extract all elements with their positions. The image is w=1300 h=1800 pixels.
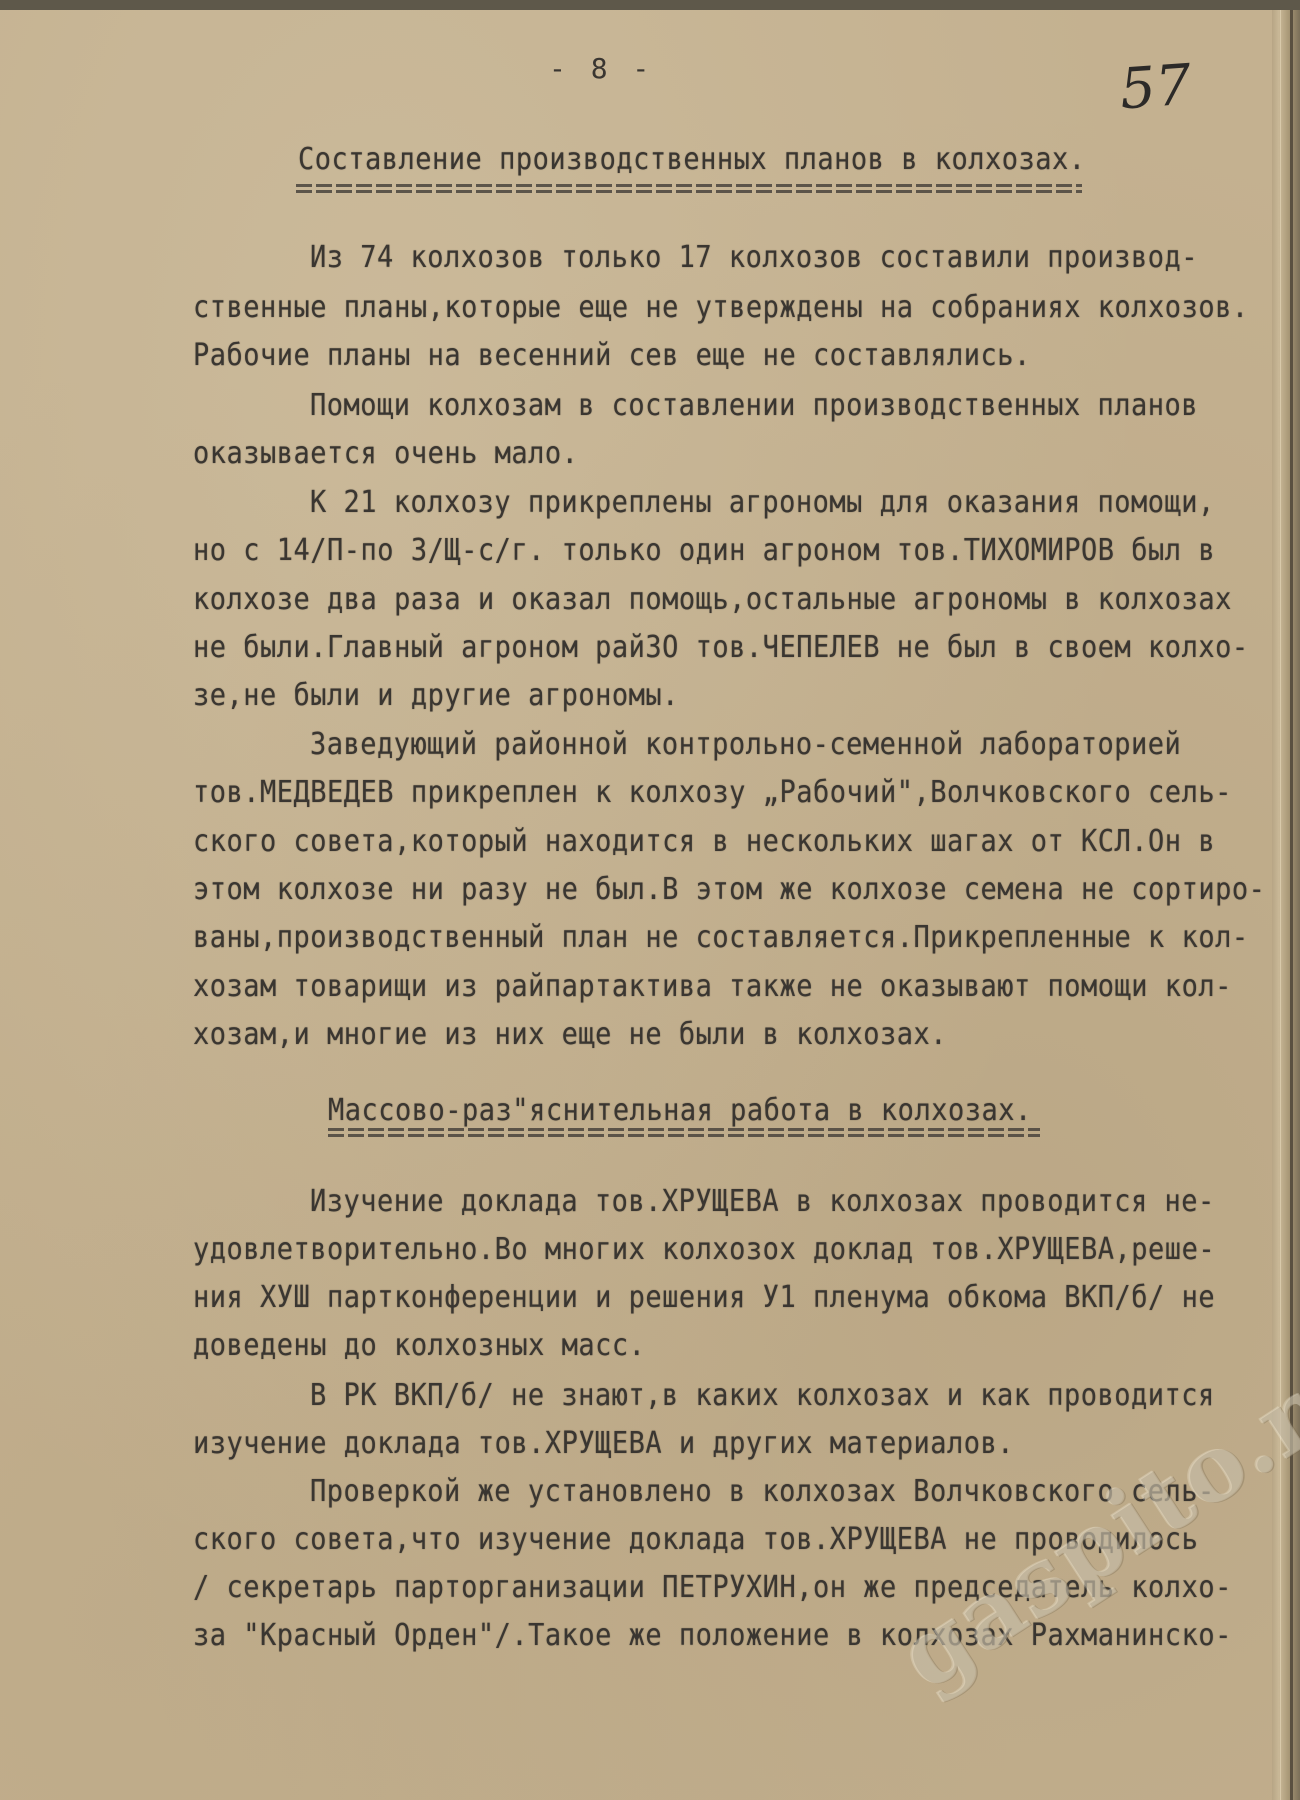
text-line: ния ХУШ партконференции и решения У1 пле… — [193, 1280, 1215, 1315]
page-edge-line — [1280, 10, 1281, 1800]
text-line: Изучение доклада тов.ХРУЩЕВА в колхозах … — [310, 1184, 1215, 1219]
text-line: колхозе два раза и оказал помощь,остальн… — [193, 582, 1232, 617]
text-line: удовлетворительно.Во многих колхозох док… — [193, 1232, 1215, 1267]
text-line: Из 74 колхозов только 17 колхозов состав… — [310, 240, 1198, 275]
text-line: этом колхозе ни разу не был.В этом же ко… — [193, 872, 1265, 907]
page-top-edge — [0, 0, 1300, 10]
section-heading-outreach-work: Массово-раз"яснительная работа в колхоза… — [328, 1093, 1032, 1128]
page-number: - 8 - — [549, 52, 653, 85]
text-line: Помощи колхозам в составлении производст… — [310, 388, 1198, 423]
text-line: оказывается очень мало. — [193, 436, 578, 471]
text-line: тов.МЕДВЕДЕВ прикреплен к колхозу „Рабоч… — [193, 775, 1232, 810]
text-line: хозам товарищи из райпартактива также не… — [193, 969, 1232, 1004]
heading-underline — [328, 1128, 1040, 1138]
text-line: ственные планы,которые еще не утверждены… — [193, 290, 1249, 325]
text-line: Рабочие планы на весенний сев еще не сос… — [193, 338, 1031, 373]
text-line: хозам,и многие из них еще не были в колх… — [193, 1017, 947, 1052]
text-line: за "Красный Орден"/.Такое же положение в… — [193, 1618, 1232, 1653]
text-line: но с 14/П-по 3/Щ-с/г. только один агроно… — [193, 533, 1215, 568]
text-line: зе,не были и другие агрономы. — [193, 678, 679, 713]
text-line: ваны,производственный план не составляет… — [193, 920, 1249, 955]
text-line: доведены до колхозных масс. — [193, 1328, 645, 1363]
text-line: ского совета,который находится в несколь… — [193, 824, 1215, 859]
page-binding-edge — [1272, 10, 1300, 1800]
page-edge-shadow — [1290, 10, 1293, 1800]
text-line: К 21 колхозу прикреплены агрономы для ок… — [310, 485, 1215, 520]
text-line: не были.Главный агроном райЗО тов.ЧЕПЕЛЕ… — [193, 630, 1249, 665]
archive-sheet-number: 57 — [1118, 53, 1194, 123]
heading-underline — [296, 184, 1082, 194]
section-heading-production-plans: Составление производственных планов в ко… — [298, 142, 1086, 177]
text-line: Заведующий районной контрольно-семенной … — [310, 727, 1181, 762]
text-line: изучение доклада тов.ХРУЩЕВА и других ма… — [193, 1426, 1014, 1461]
text-line: В РК ВКП/б/ не знают,в каких колхозах и … — [310, 1378, 1215, 1413]
